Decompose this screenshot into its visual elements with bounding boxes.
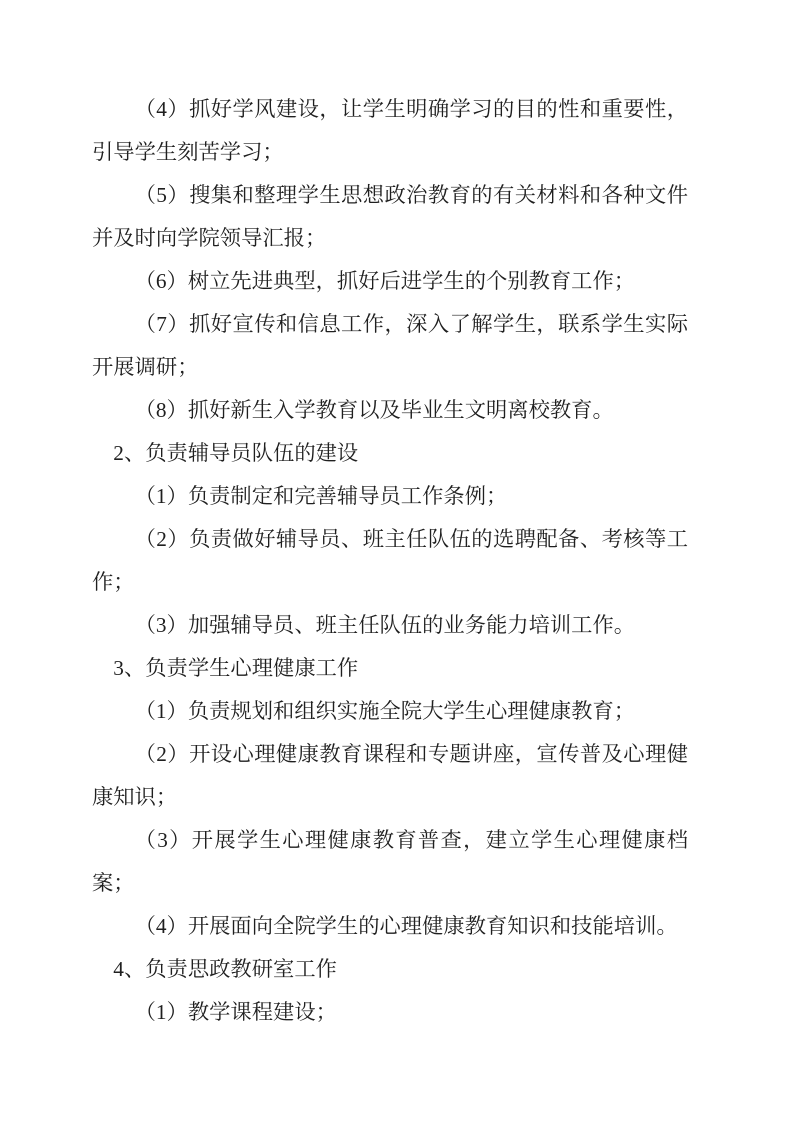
numbered-item: （1）负责规划和组织实施全院大学生心理健康教育； [92, 690, 688, 733]
numbered-item: （1）负责制定和完善辅导员工作条例； [92, 475, 688, 518]
numbered-item: （1）教学课程建设； [92, 991, 688, 1034]
numbered-item: （7）抓好宣传和信息工作，深入了解学生，联系学生实际开展调研； [92, 303, 688, 389]
numbered-item: （6）树立先进典型，抓好后进学生的个别教育工作； [92, 260, 688, 303]
numbered-item: （3）加强辅导员、班主任队伍的业务能力培训工作。 [92, 604, 688, 647]
numbered-item: （5）搜集和整理学生思想政治教育的有关材料和各种文件并及时向学院领导汇报； [92, 174, 688, 260]
section-heading: 4、负责思政教研室工作 [92, 948, 688, 991]
numbered-item: （3）开展学生心理健康教育普查，建立学生心理健康档案； [92, 819, 688, 905]
numbered-item: （2）负责做好辅导员、班主任队伍的选聘配备、考核等工作； [92, 518, 688, 604]
numbered-item: （2）开设心理健康教育课程和专题讲座，宣传普及心理健康知识； [92, 733, 688, 819]
numbered-item: （4）开展面向全院学生的心理健康教育知识和技能培训。 [92, 905, 688, 948]
document-body: （4）抓好学风建设，让学生明确学习的目的性和重要性，引导学生刻苦学习；（5）搜集… [92, 88, 688, 1034]
section-heading: 2、负责辅导员队伍的建设 [92, 432, 688, 475]
section-heading: 3、负责学生心理健康工作 [92, 647, 688, 690]
numbered-item: （8）抓好新生入学教育以及毕业生文明离校教育。 [92, 389, 688, 432]
numbered-item: （4）抓好学风建设，让学生明确学习的目的性和重要性，引导学生刻苦学习； [92, 88, 688, 174]
document-page: （4）抓好学风建设，让学生明确学习的目的性和重要性，引导学生刻苦学习；（5）搜集… [0, 0, 793, 1122]
